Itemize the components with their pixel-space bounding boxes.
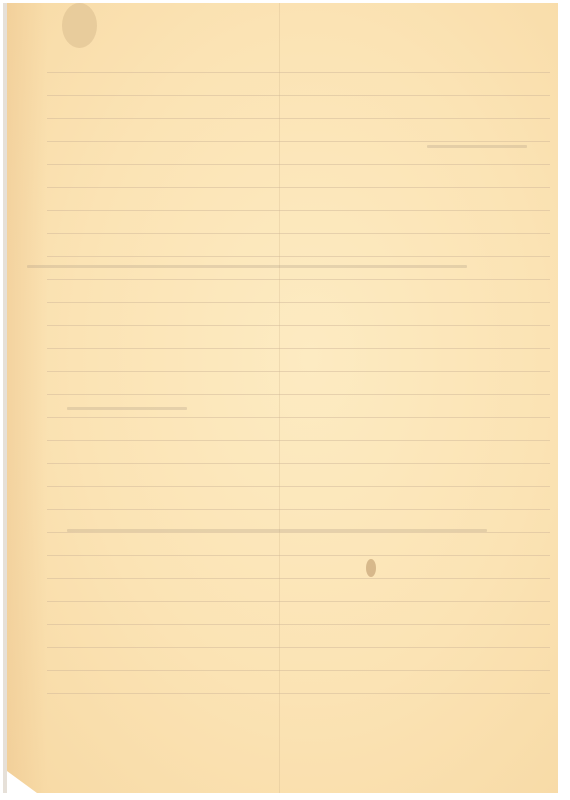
ruled-line	[47, 302, 550, 303]
ruled-line	[47, 325, 550, 326]
ruled-line	[47, 555, 550, 556]
ruled-line	[47, 95, 550, 96]
ruled-line	[47, 624, 550, 625]
ruled-line	[47, 670, 550, 671]
ruled-line	[47, 693, 550, 694]
ruled-line	[47, 164, 550, 165]
ruled-line	[47, 348, 550, 349]
ruled-line	[47, 233, 550, 234]
paper-edge-shading	[7, 3, 47, 793]
ruled-line	[47, 394, 550, 395]
ruled-line	[47, 371, 550, 372]
stain-spot	[366, 559, 376, 577]
paper-sheet	[7, 3, 558, 793]
ruled-line	[47, 532, 550, 533]
ruled-line	[47, 647, 550, 648]
show-through-text-3	[427, 145, 527, 148]
ruled-line	[47, 463, 550, 464]
ruled-line	[47, 141, 550, 142]
show-through-text-4	[67, 407, 187, 410]
ruled-line	[47, 486, 550, 487]
ruled-line	[47, 440, 550, 441]
show-through-text-2	[67, 529, 487, 532]
ruled-line	[47, 279, 550, 280]
ruled-line	[47, 256, 550, 257]
center-fold-line	[279, 3, 280, 793]
show-through-text-1	[27, 265, 467, 268]
ruled-line	[47, 509, 550, 510]
ruled-line	[47, 72, 550, 73]
ruled-line	[47, 187, 550, 188]
ruled-line	[47, 578, 550, 579]
ruled-line	[47, 417, 550, 418]
top-corner-stain	[62, 3, 97, 48]
ruled-line	[47, 118, 550, 119]
ruled-line	[47, 210, 550, 211]
ruled-line	[47, 601, 550, 602]
scanner-edge	[3, 3, 7, 793]
